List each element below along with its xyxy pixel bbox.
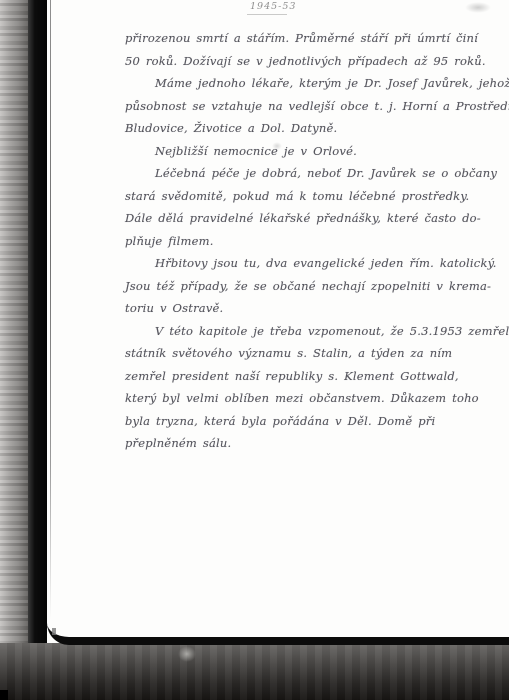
page-edge-line — [50, 0, 51, 620]
header-underline — [247, 14, 287, 15]
manuscript-line: působnost se vztahuje na vedlejší obce t… — [125, 95, 497, 118]
manuscript-line: Léčebná péče je dobrá, neboť Dr. Javůrek… — [125, 162, 497, 185]
manuscript-line: plňuje filmem. — [125, 230, 497, 253]
manuscript-line: Bludovice, Životice a Dol. Datyně. — [125, 117, 497, 140]
scan-light-streak — [178, 646, 196, 662]
manuscript-line: zemřel president naší republiky s. Kleme… — [125, 365, 497, 388]
manuscript-line: přirozenou smrtí a stářím. Průměrné stář… — [125, 27, 497, 50]
manuscript-line: Máme jednoho lékaře, kterým je Dr. Josef… — [125, 72, 497, 95]
scanner-background-band — [0, 643, 509, 700]
scan-corner-artifact — [0, 690, 8, 700]
manuscript-line: V této kapitole je třeba vzpomenout, že … — [125, 320, 497, 343]
manuscript-line: byla tryzna, která byla pořádána v Děl. … — [125, 410, 497, 433]
manuscript-line: toriu v Ostravě. — [125, 297, 497, 320]
manuscript-line: který byl velmi oblíben mezi občanstvem.… — [125, 387, 497, 410]
page-corner-speck — [52, 628, 56, 635]
book-spine-shadow — [28, 0, 47, 700]
scanned-chronicle-page: 1945-53 přirozenou smrtí a stářím. Průmě… — [0, 0, 509, 700]
manuscript-line: 50 roků. Dožívají se v jednotlivých příp… — [125, 50, 497, 73]
handwritten-text-block: přirozenou smrtí a stářím. Průměrné stář… — [125, 27, 497, 455]
manuscript-line: Jsou též případy, že se občané nechají z… — [125, 275, 497, 298]
manuscript-line: stará svědomitě, pokud má k tomu léčebné… — [125, 185, 497, 208]
manuscript-page: 1945-53 přirozenou smrtí a stářím. Průmě… — [47, 0, 509, 645]
manuscript-line: Dále dělá pravidelné lékařské přednášky,… — [125, 207, 497, 230]
manuscript-line: přeplněném sálu. — [125, 432, 497, 455]
year-range-header: 1945-53 — [250, 1, 296, 13]
manuscript-line: státník světového významu s. Stalin, a t… — [125, 342, 497, 365]
page-number-smudge — [465, 2, 491, 13]
manuscript-line: Hřbitovy jsou tu, dva evangelické jeden … — [125, 252, 497, 275]
manuscript-line: Nejbližší nemocnice je v Orlové. — [125, 140, 497, 163]
